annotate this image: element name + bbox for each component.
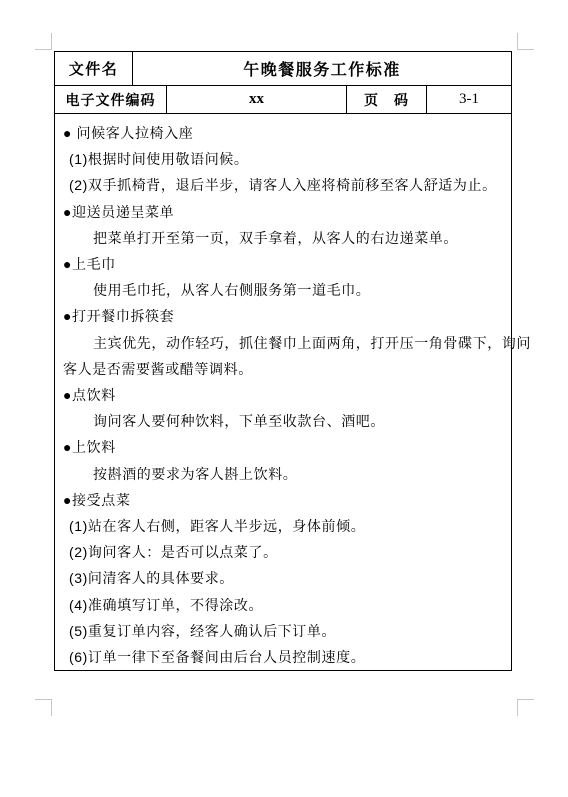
body-cell: ● 问候客人拉椅入座(1)根据时间使用敬语问候。(2)双手抓椅背，退后半步，请客… (55, 114, 511, 670)
body-line: 按斟酒的要求为客人斟上饮料。 (55, 461, 511, 487)
body-line: 主宾优先，动作轻巧，抓住餐巾上面两角，打开压一角骨碟下，询问 (55, 330, 511, 356)
crop-mark-top-right (517, 33, 534, 50)
crop-mark-top-left (35, 33, 52, 50)
file-name-label-cell: 文件名 (55, 52, 133, 85)
table-meta-row: 电子文件编码 xx 页 码 3-1 (55, 86, 511, 114)
table-header-row: 文件名 午晚餐服务工作标准 (55, 52, 511, 86)
body-line: 询问客人要何种饮料，下单至收款台、酒吧。 (55, 408, 511, 434)
body-line: (5)重复订单内容，经客人确认后下订单。 (55, 618, 511, 644)
body-line: (2)双手抓椅背，退后半步，请客人入座将椅前移至客人舒适为止。 (55, 172, 511, 198)
body-line: ●迎送员递呈菜单 (55, 199, 511, 225)
body-line: ●上饮料 (55, 434, 511, 460)
body-line: ●点饮料 (55, 382, 511, 408)
crop-mark-bottom-left (35, 699, 52, 716)
body-line: (6)订单一律下至备餐间由后台人员控制速度。 (55, 644, 511, 670)
body-line: ● 问候客人拉椅入座 (55, 120, 511, 146)
body-line: (2)询问客人：是否可以点菜了。 (55, 539, 511, 565)
page-number-label-cell: 页 码 (347, 86, 427, 113)
body-line: ●接受点菜 (55, 487, 511, 513)
body-line: (1)站在客人右侧，距客人半步远，身体前倾。 (55, 513, 511, 539)
page-number-value-cell: 3-1 (427, 86, 511, 113)
crop-mark-bottom-right (517, 699, 534, 716)
body-line: (3)问清客人的具体要求。 (55, 565, 511, 591)
body-line: 使用毛巾托，从客人右侧服务第一道毛巾。 (55, 277, 511, 303)
body-line: 把菜单打开至第一页，双手拿着，从客人的右边递菜单。 (55, 225, 511, 251)
document-title-cell: 午晚餐服务工作标准 (133, 52, 511, 85)
service-standard-table: 文件名 午晚餐服务工作标准 电子文件编码 xx 页 码 3-1 ● 问候客人拉椅… (54, 51, 512, 671)
file-code-label-cell: 电子文件编码 (55, 86, 167, 113)
file-code-value-cell: xx (167, 86, 347, 113)
document-page: 文件名 午晚餐服务工作标准 电子文件编码 xx 页 码 3-1 ● 问候客人拉椅… (0, 0, 568, 797)
body-line: ●上毛巾 (55, 251, 511, 277)
body-line: (1)根据时间使用敬语问候。 (55, 146, 511, 172)
body-line: 客人是否需要酱或醋等调料。 (55, 356, 511, 382)
body-line: ●打开餐巾拆筷套 (55, 303, 511, 329)
body-line: (4)准确填写订单，不得涂改。 (55, 592, 511, 618)
